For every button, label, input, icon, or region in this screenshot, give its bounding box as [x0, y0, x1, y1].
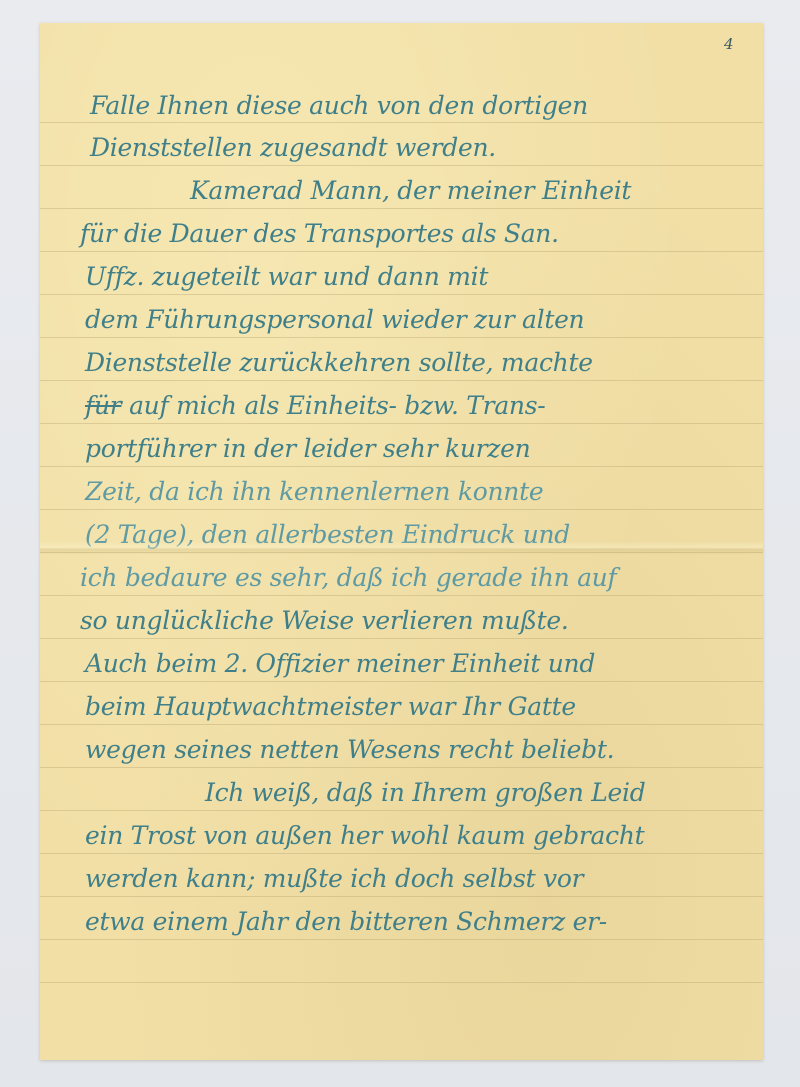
letter-line: Kamerad Mann, der meiner Einheit	[190, 178, 631, 203]
letter-line: beim Hauptwachtmeister war Ihr Gatte	[85, 694, 576, 719]
letter-line: für die Dauer des Transportes als San.	[80, 221, 559, 246]
letter-line: portführer in der leider sehr kurzen	[85, 436, 530, 461]
letter-line: wegen seines netten Wesens recht beliebt…	[85, 737, 614, 762]
letter-line: Falle Ihnen diese auch von den dortigen	[90, 93, 588, 118]
letter-line-text: auf mich als Einheits- bzw. Trans-	[129, 391, 545, 420]
letter-line: Dienststelle zurückkehren sollte, machte	[85, 350, 593, 375]
letter-line: Dienststellen zugesandt werden.	[90, 135, 496, 160]
letter-line: Zeit, da ich ihn kennenlernen konnte	[85, 479, 543, 504]
letter-line: etwa einem Jahr den bitteren Schmerz er-	[85, 909, 607, 934]
letter-line: dem Führungspersonal wieder zur alten	[85, 307, 584, 332]
letter-line: so unglückliche Weise verlieren mußte.	[80, 608, 568, 633]
letter-sheet: 4 Falle Ihnen diese auch von den dortige…	[40, 23, 763, 1060]
letter-body: Falle Ihnen diese auch von den dortigen …	[40, 23, 763, 1060]
letter-line: ich bedaure es sehr, daß ich gerade ihn …	[80, 565, 616, 590]
letter-line: für auf mich als Einheits- bzw. Trans-	[85, 393, 545, 418]
letter-line: Uffz. zugeteilt war und dann mit	[85, 264, 488, 289]
struck-word: für	[85, 391, 121, 420]
letter-line: ein Trost von außen her wohl kaum gebrac…	[85, 823, 644, 848]
letter-line: (2 Tage), den allerbesten Eindruck und	[85, 522, 570, 547]
letter-line: werden kann; mußte ich doch selbst vor	[85, 866, 583, 891]
letter-line: Auch beim 2. Offizier meiner Einheit und	[85, 651, 595, 676]
letter-line: Ich weiß, daß in Ihrem großen Leid	[205, 780, 645, 805]
